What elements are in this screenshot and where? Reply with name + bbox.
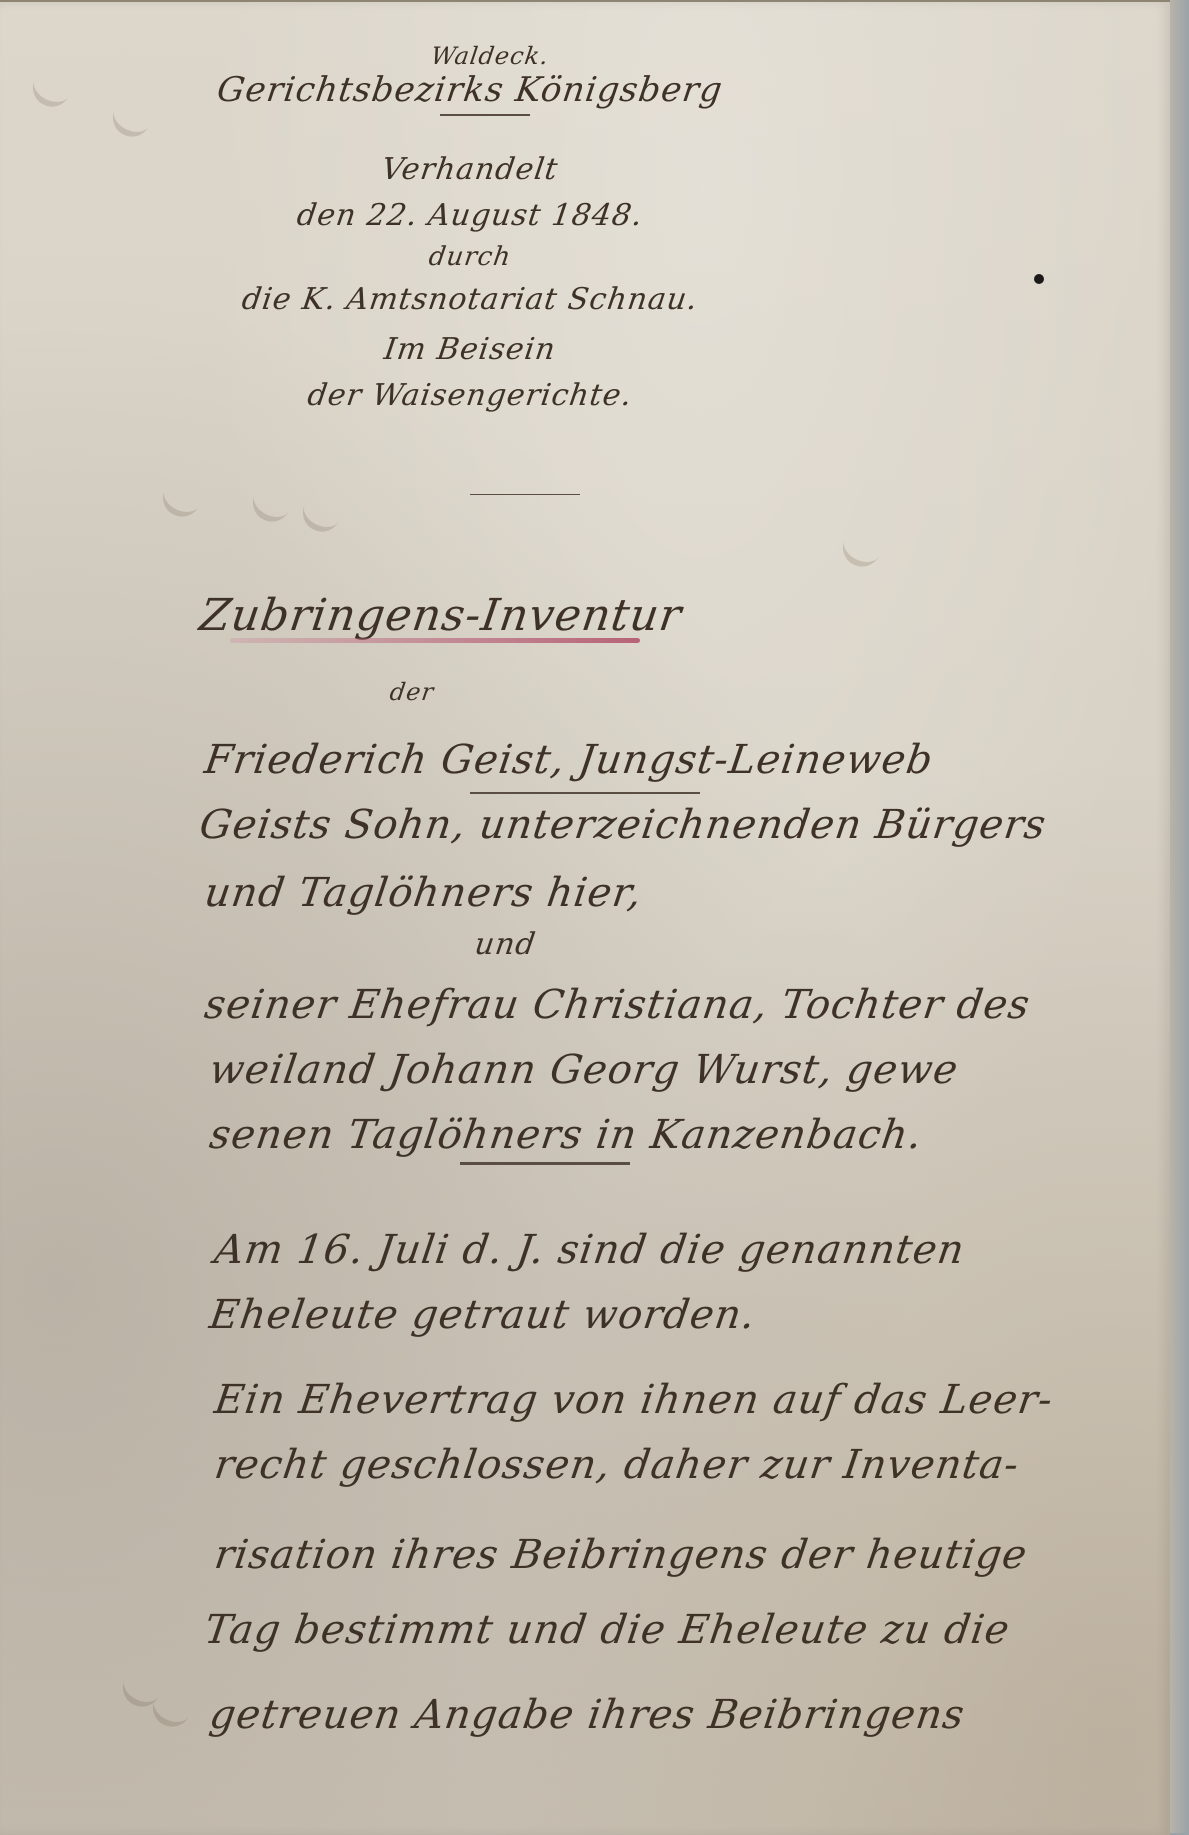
- header-date: den 22. August 1848.: [108, 198, 833, 233]
- bleed-through-mark: [107, 105, 152, 143]
- header-court: der Waisengerichte.: [108, 378, 833, 413]
- bleed-through-mark: [247, 490, 292, 528]
- body-line: und: [473, 927, 539, 962]
- body-line: Am 16. Juli d. J. sind die genannten: [212, 1227, 968, 1273]
- header-verhandelt: Verhandelt: [108, 152, 833, 187]
- body-line: weiland Johann Georg Wurst, gewe: [207, 1047, 962, 1093]
- title-der: der: [388, 678, 436, 706]
- punch-hole: [1034, 274, 1044, 284]
- header-notary: die K. Amtsnotariat Schnau.: [108, 282, 833, 317]
- body-line: getreuen Angabe ihres Beibringens: [207, 1692, 968, 1738]
- body-line: und Taglöhners hier,: [202, 870, 645, 916]
- underline: [470, 494, 580, 495]
- underline: [470, 792, 700, 794]
- bleed-through-mark: [27, 75, 72, 113]
- bleed-through-mark: [147, 1695, 192, 1733]
- body-line: Eheleute getraut worden.: [207, 1292, 759, 1338]
- underline: [460, 1162, 630, 1165]
- document-page: Waldeck. Gerichtsbezirks Königsberg Verh…: [0, 0, 1170, 1833]
- body-line: risation ihres Beibringens der heutige: [212, 1532, 1031, 1578]
- body-line: senen Taglöhners in Kanzenbach.: [207, 1112, 926, 1158]
- underline: [440, 114, 530, 116]
- header-durch: durch: [108, 242, 832, 272]
- body-line: Tag bestimmt und die Eheleute zu die: [202, 1607, 1013, 1653]
- body-line: recht geschlossen, daher zur Inventa-: [212, 1442, 1022, 1488]
- bleed-through-mark: [157, 485, 202, 523]
- header-district: Gerichtsbezirks Königsberg: [107, 70, 833, 110]
- body-line: Geists Sohn, unterzeichnenden Bürgers: [197, 802, 1049, 848]
- bleed-through-mark: [837, 535, 882, 573]
- header-region: Waldeck.: [128, 42, 852, 70]
- red-pencil-underline: [230, 638, 640, 643]
- body-line: Ein Ehevertrag von ihnen auf das Leer-: [212, 1377, 1056, 1423]
- body-line: seiner Ehefrau Christiana, Tochter des: [202, 982, 1033, 1028]
- body-line: Friederich Geist, Jungst-Leineweb: [202, 737, 937, 783]
- bleed-through-mark: [297, 500, 342, 538]
- page-edge-background: [1170, 0, 1189, 1833]
- header-presence: Im Beisein: [108, 332, 833, 367]
- document-title: Zubringens-Inventur: [196, 590, 685, 641]
